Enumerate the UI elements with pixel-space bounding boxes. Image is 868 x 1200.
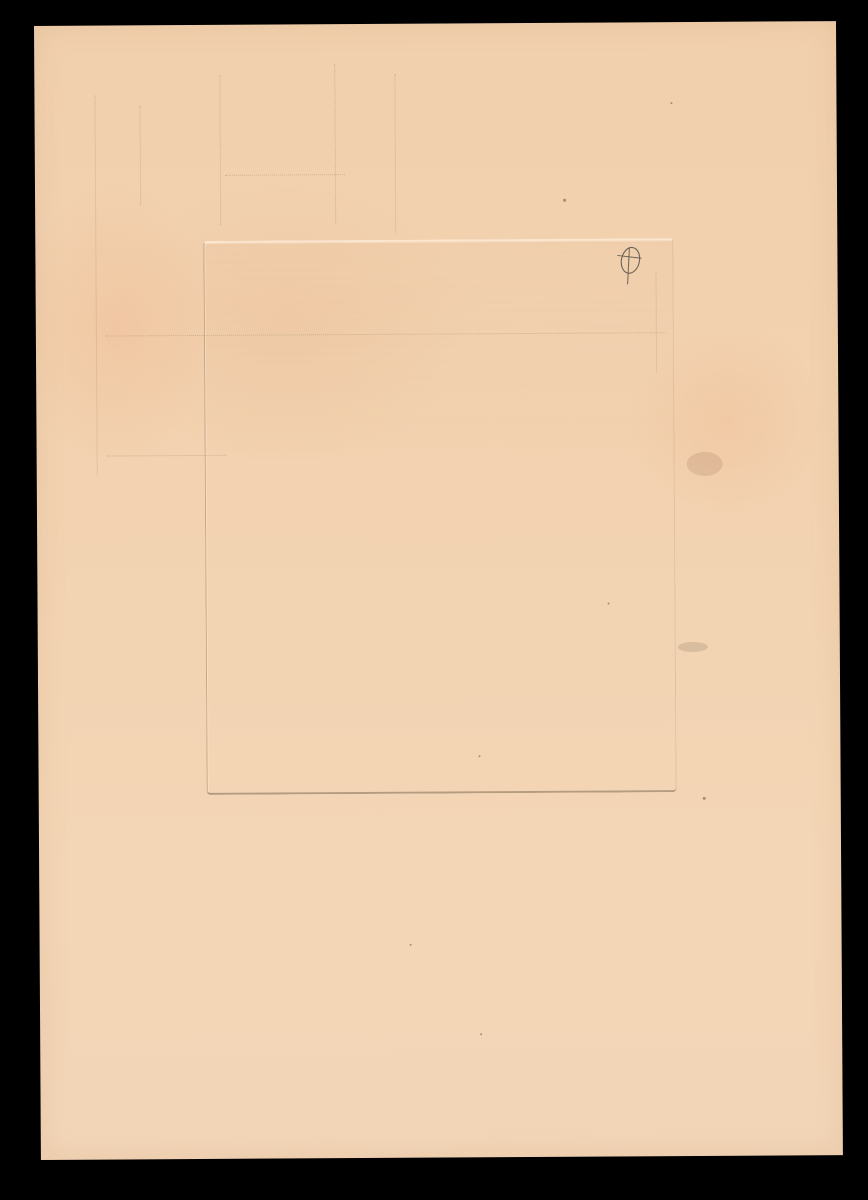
- plate-mark: [203, 238, 676, 795]
- foxing-stain: [687, 452, 723, 476]
- paper-sheet: [34, 21, 843, 1160]
- paper-speck: [608, 602, 610, 604]
- paper-speck: [703, 797, 706, 800]
- pencil-annotation-icon: [615, 244, 645, 288]
- paper-speck: [480, 1033, 482, 1035]
- paper-speck: [478, 755, 480, 757]
- paper-speck: [410, 944, 412, 946]
- paper-speck: [670, 102, 672, 104]
- foxing-stain: [678, 642, 708, 652]
- paper-speck: [563, 199, 566, 202]
